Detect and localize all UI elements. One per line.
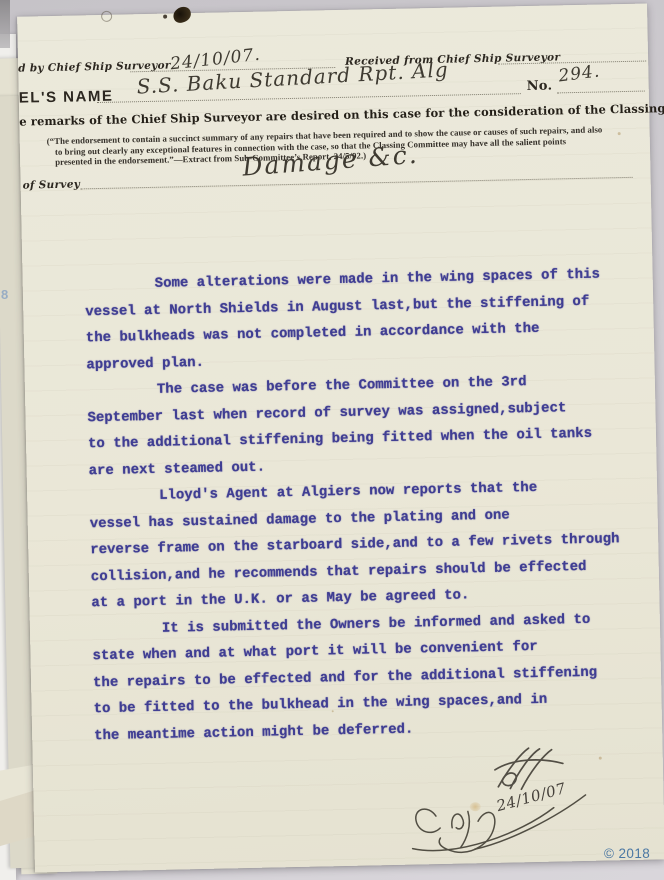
ink-dot — [163, 15, 167, 19]
number-label: No. — [527, 78, 553, 94]
form-rule — [557, 91, 645, 94]
number-handwritten: 294. — [557, 61, 601, 86]
margin-stamp-digit: 8 — [1, 287, 8, 302]
corner-shadow — [0, 0, 10, 48]
vessel-name-label: EL'S NAME — [19, 88, 114, 107]
copyright-watermark: © 2018 — [604, 846, 650, 861]
survey-label: of Survey — [23, 178, 81, 191]
ink-blot — [171, 5, 193, 25]
typed-body: Some alterations were made in the wing s… — [84, 261, 639, 749]
form-rule — [81, 177, 633, 190]
scanned-document-photo: 8 d by Chief Ship Surveyor 24/10/07. Rec… — [0, 0, 664, 880]
document-page: d by Chief Ship Surveyor 24/10/07. Recei… — [17, 3, 664, 872]
ring-mark — [101, 11, 112, 22]
received-by-label: d by Chief Ship Surveyor — [18, 59, 171, 74]
remarks-notice: e remarks of the Chief Ship Surveyor are… — [19, 102, 639, 129]
